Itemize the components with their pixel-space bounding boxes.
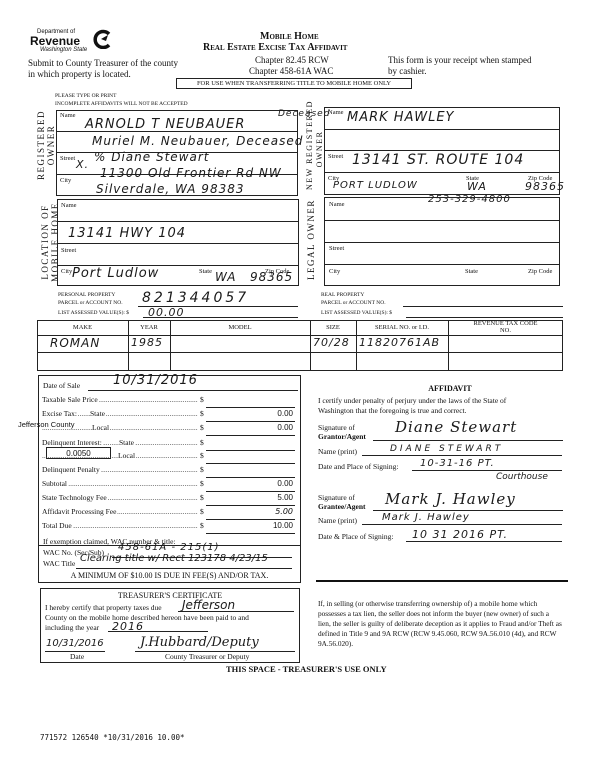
col-header-model: MODEL [170,324,310,331]
dollar-sign: $ [200,438,204,447]
grantee-signature-label: Signature of Grantee/Agent [318,493,366,511]
dor-swirl-icon [92,29,114,49]
new-owner-zip[interactable]: 98365 [525,180,565,193]
fee-label: Delinquent Penalty [42,465,101,474]
treasurer-certificate-title: TREASURER'S CERTIFICATE [40,591,300,600]
fee-value[interactable]: 5.00 [277,493,293,502]
chapter-wac: Chapter 458-61A WAC [249,66,333,76]
form-title-line2: Real Estate Excise Tax Affidavit [203,42,347,53]
fee-value[interactable]: 0.00 [277,423,293,432]
logo-line3: Washington State [40,47,87,53]
registered-owner-address[interactable]: 11300 Old Frontier Rd NW [100,166,282,180]
fee-label: Delinquent Interest: [42,438,103,447]
wac-title[interactable]: Clearing title w/ Rect 123178 4/23/15 [80,553,268,564]
submit-note-line2: in which property is located. [28,69,178,80]
fee-row-state-technology-fee: ........................................… [42,493,297,506]
fee-label: Subtotal [42,479,68,488]
dor-logo: Department of Revenue Washington State [30,29,100,55]
new-owner-name[interactable]: MARK HAWLEY [347,110,455,125]
registered-owner-section-label: REGISTERED OWNER [36,105,56,185]
chapter-rcw: Chapter 82.45 RCW [255,55,329,65]
fee-value[interactable]: 0.00 [277,479,293,488]
form-title-line1: Mobile Home [260,31,319,42]
treasurer-line2: County on the mobile home described here… [45,613,249,622]
instructions-line2: INCOMPLETE AFFIDAVITS WILL NOT BE ACCEPT… [55,101,188,107]
registered-owner-street-mark: X. [76,158,89,171]
date-of-sale[interactable]: 10/31/2016 [113,373,198,388]
grantee-date-label: Date & Place of Signing: [318,532,393,541]
real-assessed-label: LIST ASSESSED VALUE(S): $ [321,310,392,316]
grantor-sig-label-2: Grantor/Agent [318,432,366,441]
affidavit-certify-line1: I certify under penalty of perjury under… [318,396,506,406]
registered-owner-street[interactable]: % Diane Stewart [94,150,209,164]
grantor-name[interactable]: DIANE STEWART [390,444,503,454]
treasurer-sig-label: County Treasurer or Deputy [165,652,249,661]
location-state-label: State [199,268,212,275]
treasurer-date[interactable]: 10/31/2016 [46,638,104,649]
col-header-serial: SERIAL NO. or I.D. [356,324,448,331]
registered-owner-label-1: REGISTERED [36,105,46,185]
legal-owner-zip-label: Zip Code [528,268,552,275]
new-owner-label-1: NEW REGISTERED [305,108,315,190]
fee-row-taxable-sale-price: ........................................… [42,395,297,408]
dollar-sign: $ [200,493,204,502]
fee-value[interactable]: 5.00 [275,507,293,516]
location-city[interactable]: Port Ludlow [72,266,159,281]
submit-note-line1: Submit to County Treasurer of the county [28,58,178,69]
fee-label: Total Due [42,521,73,530]
use-banner: FOR USE WHEN TRANSFERRING TITLE TO MOBIL… [176,78,412,89]
dollar-sign: $ [200,507,204,516]
location-state[interactable]: WA [215,270,236,284]
fee-row-affidavit-processing-fee: ........................................… [42,507,297,520]
fee-row-excise-state: ........................................… [42,409,297,422]
fee-sublabel: State [90,409,106,418]
affidavit-certify: I certify under penalty of perjury under… [318,396,506,416]
dollar-sign: $ [200,451,204,460]
dollar-sign: $ [200,423,204,432]
grantor-place-note: Courthouse [496,472,548,482]
minimum-fee-note: A MINIMUM OF $10.00 IS DUE IN FEE(S) AND… [38,571,301,580]
col-header-size: SIZE [310,324,356,331]
fee-row-total-due: ........................................… [42,521,297,534]
fee-label: Taxable Sale Price [42,395,99,404]
dollar-sign: $ [200,395,204,404]
col-header-revenue-tax-code: REVENUE TAX CODE NO. [448,320,563,334]
legal-owner-city-label: City [329,268,340,275]
new-owner-city[interactable]: PORT LUDLOW [333,180,418,191]
fee-row-excise-local: ........................................… [42,423,297,436]
treasurer-use-only-label: THIS SPACE - TREASURER'S USE ONLY [226,664,387,674]
tax-lien-warning: If, in selling (or otherwise transferrin… [318,599,563,649]
new-owner-section-label: NEW REGISTERED OWNER [305,108,325,190]
legal-owner-section-label: LEGAL OWNER [306,200,316,280]
treasurer-signature[interactable]: J.Hubbard/Deputy [140,635,259,650]
location-label-1: LOCATION OF [40,201,50,283]
dollar-sign: $ [200,479,204,488]
fee-label: Excise Tax: [42,409,78,418]
grantee-sig-label-1: Signature of [318,493,366,502]
grantee-signature[interactable]: Mark J. Hawley [385,490,516,508]
col-header-make: MAKE [37,324,128,331]
wac-title-label: WAC Title [43,559,75,568]
treasurer-line3: including the year [45,623,99,632]
grantor-date-place[interactable]: 10-31-16 PT. [420,458,495,469]
real-property-label-2: PARCEL or ACCOUNT NO. [321,300,386,306]
submit-note: Submit to County Treasurer of the county… [28,58,178,80]
location-street-label: Street [61,247,76,254]
grantor-name-label: Name (print) [318,447,357,456]
grantee-date-place[interactable]: 10 31 2016 PT. [412,528,508,541]
registered-owner-name-1[interactable]: ARNOLD T NEUBAUER [85,117,245,132]
fee-sublabel: Local [118,451,136,460]
registered-owner-street-label: Street [60,155,75,162]
location-name-label: Name [61,202,77,209]
fee-row-delinquent-interest-local: ........................................… [42,451,297,464]
registered-owner-name-label: Name [60,112,76,119]
date-of-sale-label: Date of Sale [43,381,80,390]
dollar-sign: $ [200,521,204,530]
location-address[interactable]: 13141 HWY 104 [68,226,186,241]
personal-property-label-2: PARCEL or ACCOUNT NO. [58,300,123,306]
new-owner-street-label: Street [328,153,343,160]
fee-value[interactable]: 0.00 [277,409,293,418]
dollar-sign: $ [200,409,204,418]
treasurer-county[interactable]: Jefferson [182,598,235,612]
receipt-note-line2: by cashier. [388,66,531,77]
fee-label: Affidavit Processing Fee [42,507,117,516]
grantor-sig-label-1: Signature of [318,423,366,432]
cell-make[interactable]: ROMAN [50,336,100,350]
new-owner-street[interactable]: 13141 ST. ROUTE 104 [352,152,524,168]
fee-sublabel: State [119,438,135,447]
wac-no[interactable]: 458-61A - 215(1) [118,542,219,553]
cell-size[interactable]: 70/28 [313,336,350,349]
treasurer-date-label: Date [70,652,84,661]
personal-property-label-1: PERSONAL PROPERTY [58,292,115,298]
fee-row-delinquent-penalty: ........................................… [42,465,297,478]
fee-sublabel: Local [92,423,110,432]
grantor-signature[interactable]: Diane Stewart [395,418,517,436]
grantor-signature-label: Signature of Grantor/Agent [318,423,366,441]
dot-leader: ........................................… [42,423,198,432]
instructions-line1: PLEASE TYPE OR PRINT [55,93,116,99]
grantee-sig-label-2: Grantee/Agent [318,502,366,511]
fee-value[interactable]: 10.00 [273,521,293,530]
col-header-year: YEAR [128,324,170,331]
personal-assessed-value[interactable]: 00.00 [148,306,185,319]
registered-owner-label-2: OWNER [46,105,56,185]
treasurer-year[interactable]: 2016 [112,620,144,633]
cashier-receipt-stamp: 771572 126540 *10/31/2016 10.00* [40,733,185,742]
receipt-note-line1: This form is your receipt when stamped [388,55,531,66]
personal-property-account-no[interactable]: 821344057 [142,290,249,306]
receipt-note: This form is your receipt when stamped b… [388,55,531,77]
cell-serial[interactable]: 11820761AB [359,336,440,349]
cell-year[interactable]: 1985 [131,336,163,349]
legal-owner-street-label: Street [329,245,344,252]
legal-owner-state-label: State [465,268,478,275]
legal-owner-name-label: Name [329,201,345,208]
new-owner-state[interactable]: WA [467,180,487,193]
logo-line2: Revenue [30,34,80,48]
fee-label: State Technology Fee [42,493,108,502]
location-zip[interactable]: 98365 [250,270,293,284]
personal-assessed-label: LIST ASSESSED VALUE(S): $ [58,310,129,316]
dollar-sign: $ [200,465,204,474]
new-owner-name-label: Name [328,109,344,116]
real-property-label-1: REAL PROPERTY [321,292,364,298]
grantee-name[interactable]: Mark J. Hawley [382,512,470,523]
registered-owner-city-label: City [60,177,71,184]
affidavit-title: AFFIDAVIT [300,384,600,393]
treasurer-line1: I hereby certify that property taxes due [45,603,162,612]
grantor-date-label: Date and Place of Signing: [318,462,398,471]
location-city-label: City [61,268,72,275]
affidavit-certify-line2: Washington that the foregoing is true an… [318,406,506,416]
grantee-name-label: Name (print) [318,516,357,525]
fee-row-subtotal: ........................................… [42,479,297,492]
registered-owner-name-2[interactable]: Muriel M. Neubauer, Deceased [92,134,303,148]
registered-owner-city[interactable]: Silverdale, WA 98383 [96,182,244,196]
